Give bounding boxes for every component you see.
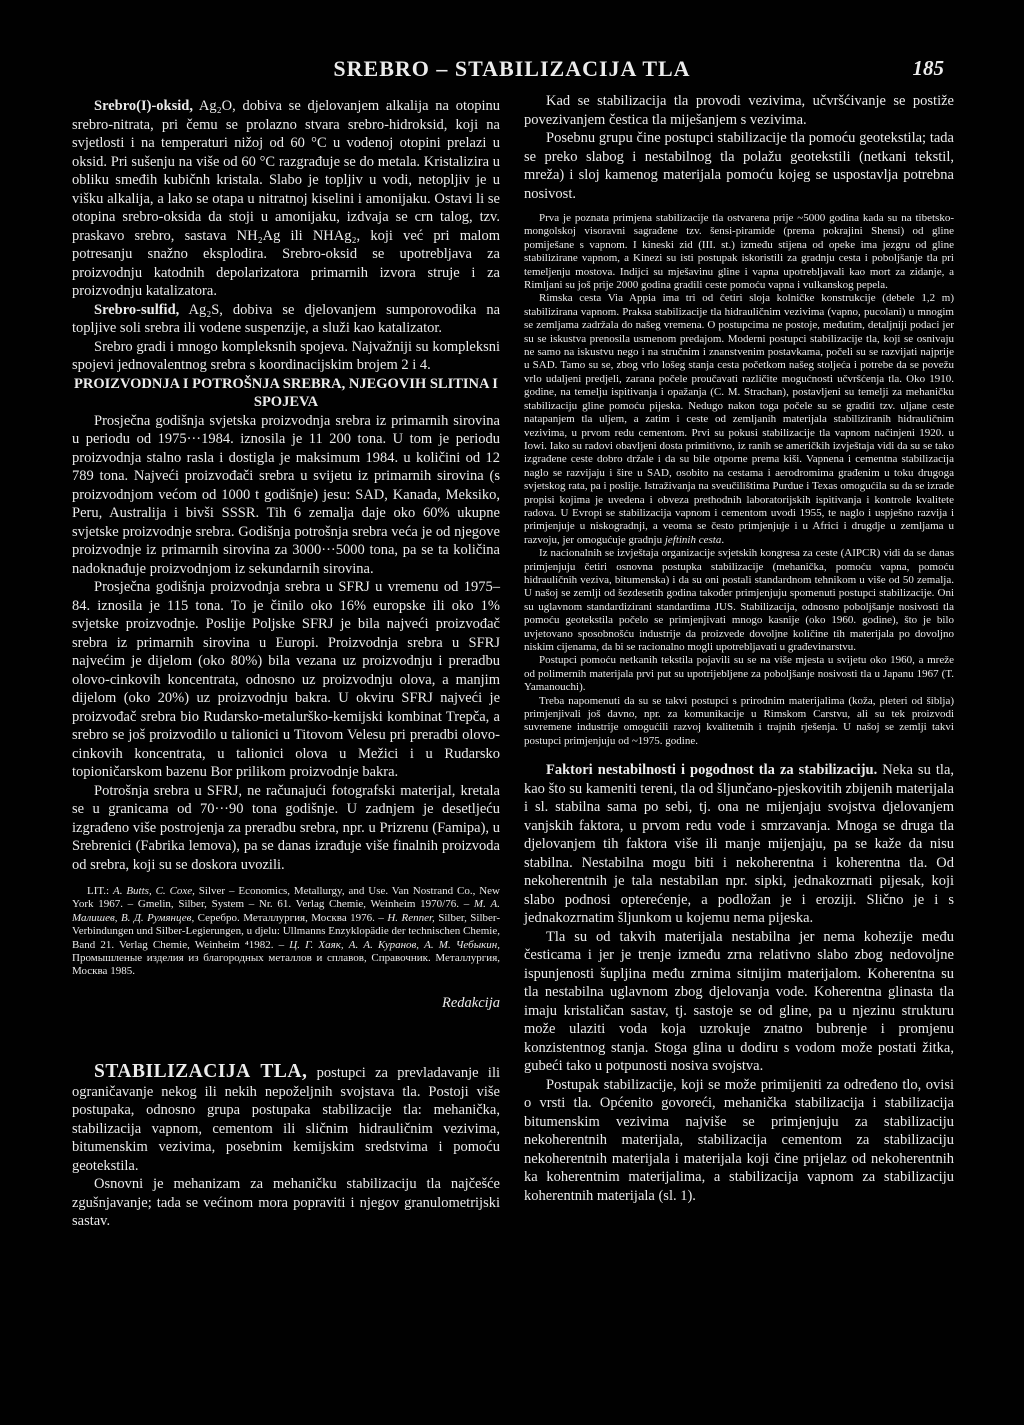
history-paragraph-via-appia: Rimska cesta Via Appia ima tri od četiri… bbox=[524, 292, 954, 547]
paragraph-postupak-stabilizacije: Postupak stabilizacije, koji se može pri… bbox=[524, 1076, 954, 1206]
history-paragraph-netkani-tekstili: Postupci pomoću netkanih tekstila pojavi… bbox=[524, 654, 954, 694]
history-paragraph-rimsko-carstvo: Treba napomenuti da su se takvi postupci… bbox=[524, 695, 954, 749]
paragraph-text: Neka su tla, kao što su kameniti tereni,… bbox=[524, 762, 954, 926]
left-column: Srebro(I)-oksid, Ag₂O, dobiva se djelova… bbox=[72, 97, 500, 1231]
scanned-encyclopedia-page: SREBRO – STABILIZACIJA TLA 185 Srebro(I)… bbox=[0, 0, 1024, 1425]
paragraph-srebro-oksid: Srebro(I)-oksid, Ag₂O, dobiva se djelova… bbox=[72, 97, 500, 301]
paragraph-kompleksni-spojevi: Srebro gradi i mnogo kompleksnih spojeva… bbox=[72, 338, 500, 375]
paragraph-faktori-nestabilnosti: Faktori nestabilnosti i pogodnost tla za… bbox=[524, 761, 954, 928]
redakcija-signature: Redakcija bbox=[72, 994, 500, 1013]
right-column: Kad se stabilizacija tla provodi vezivim… bbox=[524, 92, 954, 1205]
paragraph-nestabilna-tla: Tla su od takvih materijala nestabilna j… bbox=[524, 928, 954, 1076]
paragraph-vezivima: Kad se stabilizacija tla provodi vezivim… bbox=[524, 92, 954, 129]
subsection-lead-faktori: Faktori nestabilnosti i pogodnost tla za… bbox=[546, 762, 877, 778]
paragraph-potrosnja-sfrj: Potrošnja srebra u SFRJ, ne računajući f… bbox=[72, 782, 500, 875]
history-paragraph-sensi: Prva je poznata primjena stabilizacije t… bbox=[524, 212, 954, 292]
paragraph-proizvodnja-sfrj: Prosječna godišnja proizvodnja srebra u … bbox=[72, 578, 500, 782]
literature-block: LIT.: A. Butts, C. Coxe, Silver – Econom… bbox=[72, 885, 500, 979]
paragraph-osnovni-mehanizam: Osnovni je mehanizam za mehaničku stabil… bbox=[72, 1175, 500, 1231]
section-heading-proizvodnja: PROIZVODNJA I POTROŠNJA SREBRA, NJEGOVIH… bbox=[72, 375, 500, 412]
entry-headword-srebro-sulfid: Srebro-sulfid, bbox=[94, 302, 179, 318]
running-header-title: SREBRO – STABILIZACIJA TLA bbox=[0, 56, 1024, 82]
history-paragraph-aipcr: Iz nacionalnih se izvještaja organizacij… bbox=[524, 547, 954, 654]
paragraph-svjetska-proizvodnja: Prosječna godišnja svjetska proizvodnja … bbox=[72, 412, 500, 579]
page-number: 185 bbox=[913, 56, 945, 81]
paragraph-stabilizacija-tla: STABILIZACIJA TLA, postupci za prevladav… bbox=[72, 1062, 500, 1175]
paragraph-text: Ag₂O, dobiva se djelovanjem alkalija na … bbox=[72, 98, 500, 299]
paragraph-srebro-sulfid: Srebro-sulfid, Ag₂S, dobiva se djelovanj… bbox=[72, 301, 500, 338]
entry-headword-stabilizacija-tla: STABILIZACIJA TLA, bbox=[94, 1061, 307, 1082]
entry-headword-srebro-oksid: Srebro(I)-oksid, bbox=[94, 98, 193, 114]
paragraph-geotekstili: Posebnu grupu čine postupci stabilizacij… bbox=[524, 129, 954, 203]
